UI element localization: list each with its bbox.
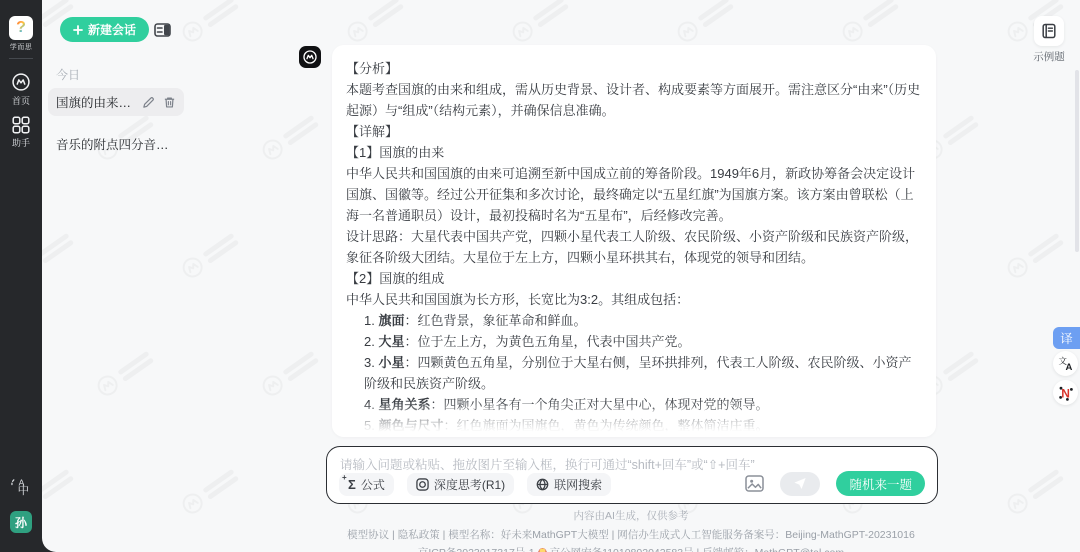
translate-a-icon: 文 A: [1058, 356, 1074, 372]
watermark: [256, 110, 322, 166]
random-question-button[interactable]: 随机来一题: [836, 471, 925, 496]
ai-disclaimer: 内容由AI生成，仅供参考: [192, 508, 1070, 523]
rail-divider: [9, 58, 33, 59]
user-avatar[interactable]: 孙: [10, 511, 32, 533]
image-upload-button[interactable]: [745, 475, 764, 492]
watermark: [42, 464, 77, 520]
web-search-label: 联网搜索: [554, 476, 602, 493]
web-search-button[interactable]: 联网搜索: [527, 473, 611, 496]
message-line: 设计思路：大星代表中国共产党，四颗小星代表工人阶级、农民阶级、小资产阶级和民族资…: [346, 226, 922, 268]
mathgpt-wave-circle-icon: [302, 49, 318, 65]
collapse-sidebar-button[interactable]: [152, 21, 172, 39]
rail-item-home-label: 首页: [0, 94, 42, 107]
deep-think-icon: [416, 478, 429, 491]
sigma-plus-icon: +Σ: [348, 477, 356, 492]
watermark: [256, 346, 322, 402]
message-line: 【3】历史意义: [346, 436, 922, 437]
message-line: 中华人民共和国国旗为长方形，长宽比为3:2。其组成包括：: [346, 289, 922, 310]
edit-icon[interactable]: [142, 96, 155, 109]
footer: 内容由AI生成，仅供参考 模型协议 | 隐私政策 | 模型名称：好未来MathG…: [192, 508, 1070, 552]
content-panel: 新建会话 今日 国旗的由来和组成音乐的附点四分音符讲解 【分析】本题考查国旗的由…: [42, 0, 1080, 552]
rail-item-assistant[interactable]: 助手: [0, 116, 42, 149]
message-line: 本题考查国旗的由来和组成，需从历史背景、设计者、构成要素等方面展开。需注意区分“…: [346, 79, 922, 121]
mathgpt-wave-circle-icon: [11, 72, 31, 92]
conversation-list: 国旗的由来和组成音乐的附点四分音符讲解: [48, 88, 184, 172]
security-filing[interactable]: 京公网安备11010802042583号 | 反馈邮箱：MathGPT@tal.…: [550, 545, 844, 552]
svg-text:中: 中: [18, 483, 29, 496]
globe-icon: [536, 478, 549, 491]
watermark: [176, 228, 242, 284]
watermark: [1001, 228, 1067, 284]
notebook-icon: [1041, 23, 1057, 39]
examples-label: 示例题: [1032, 49, 1066, 64]
xueersi-logo[interactable]: ?: [9, 16, 33, 40]
message-line: 【2】国旗的组成: [346, 268, 922, 289]
translate-tool-button[interactable]: 文 A: [1053, 351, 1078, 376]
composer-actions: 随机来一题: [745, 471, 925, 496]
svg-text:A: A: [1065, 362, 1072, 372]
left-rail: ? 学而思 首页 助手 A 中 孙: [0, 0, 42, 552]
message-line: 中华人民共和国国旗的由来可追溯至新中国成立前的筹备阶段。1949年6月，新政协筹…: [346, 163, 922, 226]
conversation-title: 音乐的附点四分音符讲解: [56, 135, 176, 153]
message-line: 【详解】: [346, 121, 922, 142]
icp-number[interactable]: 京ICP备2023017317号-1: [418, 545, 535, 552]
composer-placeholder[interactable]: 请输入问题或粘贴、拖放图片至输入框，换行可通过“shift+回车”或“⇧+回车”: [340, 455, 755, 473]
conversation-item[interactable]: 国旗的由来和组成: [48, 88, 184, 116]
list-item: 1. 旗面：红色背景，象征革命和鲜血。: [364, 310, 922, 331]
new-chat-label: 新建会话: [88, 21, 136, 38]
scrollbar-thumb[interactable]: [1075, 70, 1079, 252]
svg-text:N: N: [1061, 386, 1070, 400]
watermark: [42, 228, 77, 284]
watermark: [91, 346, 157, 402]
paper-plane-icon: [793, 477, 807, 490]
conversation-item[interactable]: 音乐的附点四分音符讲解: [48, 130, 184, 158]
watermark: [506, 0, 572, 48]
conversation-title: 国旗的由来和组成: [56, 93, 138, 111]
list-item: 5. 颜色与尺寸：红色旗面为国旗色，黄色为传统颜色，整体简洁庄重。: [364, 415, 922, 436]
translate-language-icon: A 中: [10, 477, 31, 496]
app-window: 新建会话 今日 国旗的由来和组成音乐的附点四分音符讲解 【分析】本题考查国旗的由…: [0, 0, 1080, 552]
assistant-avatar: [299, 46, 321, 68]
new-chat-button[interactable]: 新建会话: [60, 17, 149, 42]
list-item: 2. 大星：位于左上方，为黄色五角星，代表中国共产党。: [364, 331, 922, 352]
logo-question-glyph: ?: [16, 19, 26, 37]
plus-icon: [73, 25, 83, 35]
trash-icon[interactable]: [163, 96, 176, 109]
list-item: 3. 小星：四颗黄色五角星，分别位于大星右侧，呈环拱排列，代表工人阶级、农民阶级…: [364, 352, 922, 394]
watermark: [176, 0, 242, 48]
rail-item-home[interactable]: 首页: [0, 72, 42, 107]
formula-button[interactable]: +Σ 公式: [339, 473, 394, 496]
network-tool-button[interactable]: N: [1053, 380, 1078, 405]
watermark: [341, 0, 407, 48]
logo-label: 学而思: [0, 42, 42, 52]
conversation-actions: [142, 96, 176, 109]
red-n-network-icon: N: [1058, 385, 1074, 401]
language-toggle-button[interactable]: A 中: [10, 477, 31, 499]
send-button[interactable]: [780, 472, 820, 496]
collapse-sidebar-icon: [154, 23, 171, 37]
deep-think-label: 深度思考(R1): [434, 476, 505, 493]
composer-tools: +Σ 公式 深度思考(R1) 联网搜索: [339, 473, 611, 496]
footer-registration: 京ICP备2023017317号-1 京公网安备11010802042583号 …: [192, 545, 1070, 552]
grid-apps-icon: [12, 116, 30, 134]
image-upload-icon: [745, 475, 764, 492]
watermark: [671, 0, 737, 48]
list-item: 4. 星角关系：四颗小星各有一个角尖正对大星中心，体现对党的领导。: [364, 394, 922, 415]
rail-item-assistant-label: 助手: [0, 136, 42, 149]
composer: 请输入问题或粘贴、拖放图片至输入框，换行可通过“shift+回车”或“⇧+回车”…: [326, 446, 938, 504]
footer-links[interactable]: 模型协议 | 隐私政策 | 模型名称：好未来MathGPT大模型 | 网信办生成…: [192, 527, 1070, 542]
translate-badge-button[interactable]: 译: [1053, 327, 1080, 349]
assistant-message-card: 【分析】本题考查国旗的由来和组成，需从历史背景、设计者、构成要素等方面展开。需注…: [332, 45, 936, 437]
deep-think-button[interactable]: 深度思考(R1): [407, 473, 514, 496]
message-line: 【1】国旗的由来: [346, 142, 922, 163]
examples-button[interactable]: [1034, 16, 1064, 46]
formula-label: 公式: [361, 476, 385, 493]
message-ordered-list: 1. 旗面：红色背景，象征革命和鲜血。2. 大星：位于左上方，为黄色五角星，代表…: [346, 310, 922, 436]
message-line: 【分析】: [346, 58, 922, 79]
examples-widget: 示例题: [1032, 16, 1066, 64]
public-security-badge-icon: [538, 548, 547, 552]
history-section-label: 今日: [56, 66, 80, 83]
watermark: [836, 0, 902, 48]
